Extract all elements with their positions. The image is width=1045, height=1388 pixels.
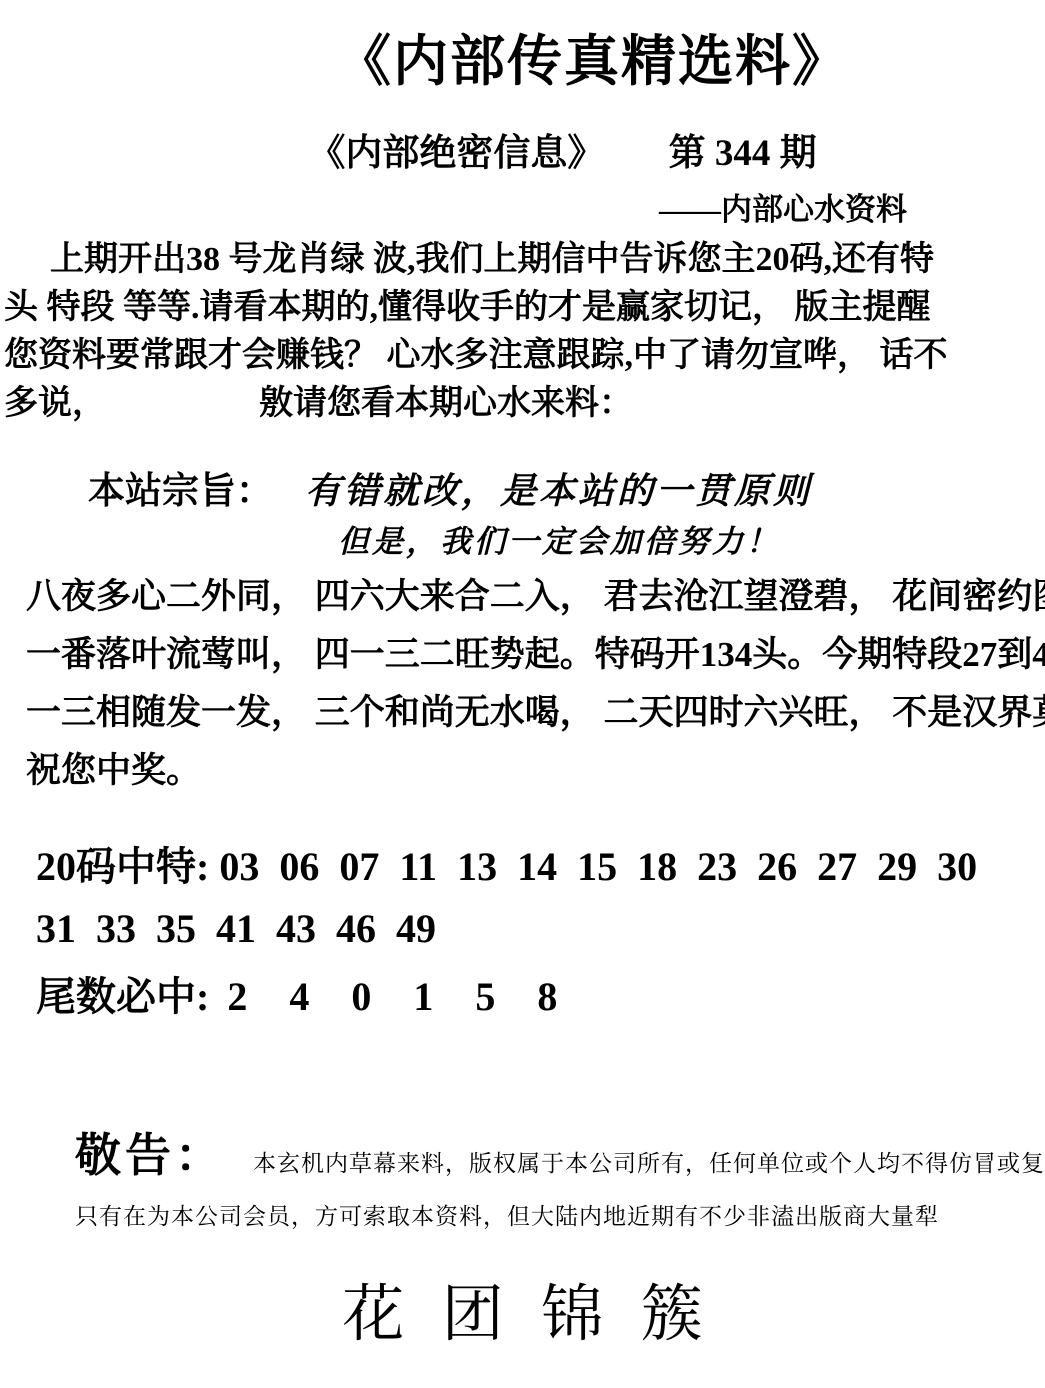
tails-label: 尾数必中: (36, 974, 209, 1019)
codes-row: 20码中特: 03 06 07 11 13 14 15 18 23 26 27 … (36, 836, 1045, 960)
fax-document-page: 《内部传真精选料》 《内部绝密信息》 第 344 期 ——内部心水资料 上期开出… (0, 0, 1045, 1388)
footer-slogan: 花 团 锦 簇 (0, 1279, 1045, 1351)
tails-numbers: 2 4 0 1 5 8 (227, 974, 573, 1019)
motto-text: 有错就改，是本站的一贯原则 (305, 471, 812, 511)
document-title: 《内部传真精选料》 (0, 26, 1045, 98)
motto-row: 本站宗旨： 有错就改，是本站的一贯原则 (0, 460, 1045, 514)
subtitle-row: 《内部绝密信息》 第 344 期 (0, 130, 1045, 178)
motto-label: 本站宗旨： (88, 471, 273, 512)
notice-line1: 敬告：本玄机内草幕来料，版权属于本公司所有，任何单位或个人均不得仿冒或复制， (75, 1130, 1005, 1193)
tails-row: 尾数必中:2 4 0 1 5 8 (36, 972, 1045, 1022)
motto-extra-line: 但是，我们一定会加倍努力！ (0, 522, 1045, 562)
intro-paragraph: 上期开出38 号龙肖绿 波,我们上期信中告诉您主20码,还有特 头 特段 等等.… (0, 236, 1045, 428)
tagline: ——内部心水资料 (0, 190, 1045, 230)
notice-text-line1: 本玄机内草幕来料，版权属于本公司所有，任何单位或个人均不得仿冒或复制， (253, 1151, 1045, 1176)
notice-label: 敬告： (75, 1130, 225, 1181)
document-subtitle: 《内部绝密信息》 (308, 133, 604, 174)
notice-block: 敬告：本玄机内草幕来料，版权属于本公司所有，任何单位或个人均不得仿冒或复制， 只… (75, 1130, 1005, 1233)
poem-paragraph: 八夜多心二外同， 四六大来合二入， 君去沧江望澄碧， 花间密约图风流 一番落叶流… (0, 568, 1045, 800)
notice-text-line2: 只有在为本公司会员，方可索取本资料，但大陆内地近期有不少非溘出版商大量犁 (75, 1201, 1005, 1233)
codes-label: 20码中特: (36, 844, 209, 889)
issue-number: 第 344 期 (669, 130, 817, 178)
